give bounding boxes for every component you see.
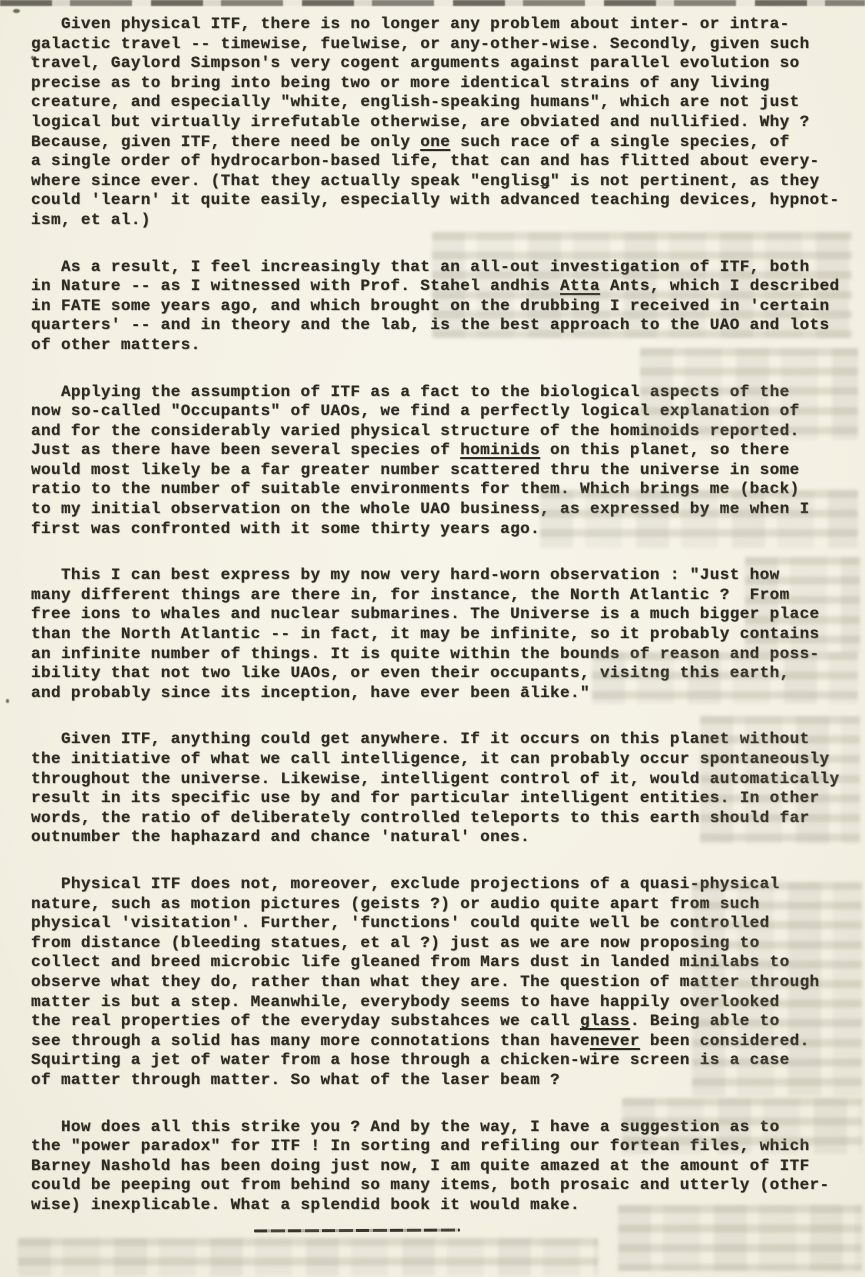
- paragraph-text: Given ITF, anything could get anywhere. …: [31, 730, 840, 846]
- underlined-word: one: [420, 133, 450, 151]
- underlined-word: hominids: [460, 441, 540, 459]
- paragraph-2: As a result, I feel increasingly that an…: [31, 258, 865, 356]
- paragraph-text: Given physical ITF, there is no longer a…: [31, 15, 810, 151]
- underlined-word: Atta: [560, 277, 600, 295]
- paragraph-text: Physical ITF does not, moreover, exclude…: [31, 875, 820, 1030]
- paragraph-5: Given ITF, anything could get anywhere. …: [31, 730, 865, 848]
- paragraph-text: This I can best express by my now very h…: [31, 566, 820, 702]
- paragraph-7: How does all this strike you ? And by th…: [31, 1118, 865, 1216]
- paragraph-text: How does all this strike you ? And by th…: [31, 1118, 830, 1214]
- letter-page: Given physical ITF, there is no longer a…: [0, 0, 865, 1277]
- paragraph-4: This I can best express by my now very h…: [31, 566, 865, 703]
- paragraph-6: Physical ITF does not, moreover, exclude…: [31, 875, 865, 1091]
- paragraph-3: Applying the assumption of ITF as a fact…: [31, 383, 865, 540]
- paragraph-1: Given physical ITF, there is no longer a…: [31, 15, 865, 231]
- underlined-word: never: [590, 1032, 640, 1050]
- underlined-word: glass: [580, 1012, 630, 1030]
